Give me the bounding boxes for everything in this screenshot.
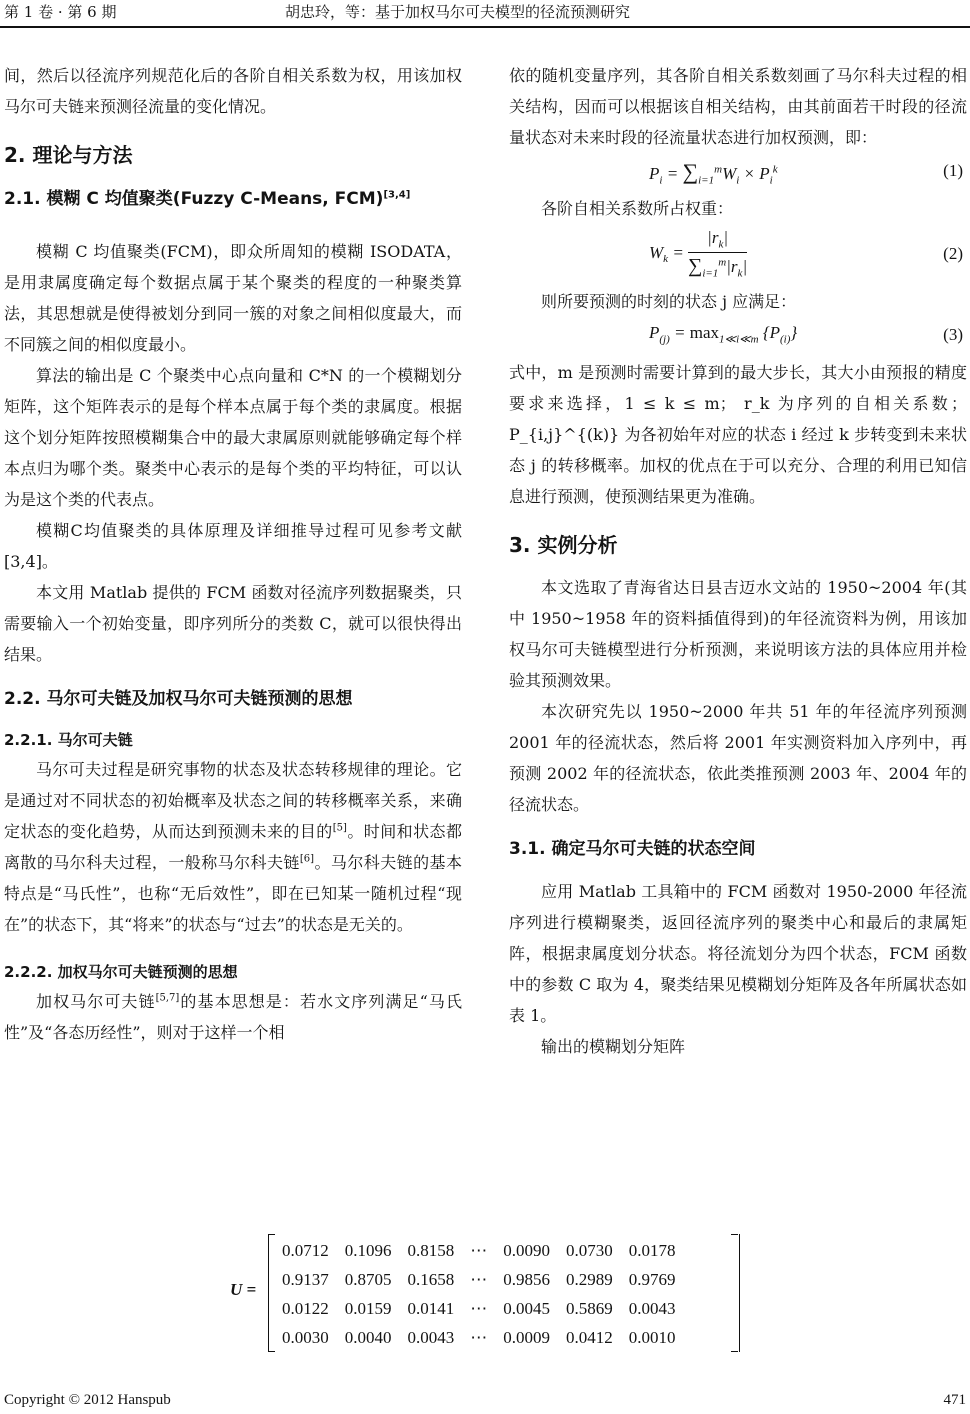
section-2-2-heading: 2.2. 马尔可夫链及加权马尔可夫链预测的思想 [4,684,462,714]
equation-2-body: Wk = |rk|∑i=1m|rk| [649,228,747,280]
matrix-cell: 0.0141 [400,1294,463,1323]
ellipsis: ⋯ [462,1236,495,1265]
matrix-cell: 0.9137 [274,1265,337,1294]
fcm-paragraph-1: 模糊 C 均值聚类(FCM)，即众所周知的模糊 ISODATA，是用隶属度确定每… [4,236,462,360]
bracket-corner [731,1234,738,1235]
citation: [5] [333,823,347,834]
matrix-row: 0.9137 0.8705 0.1658 ⋯ 0.9856 0.2989 0.9… [274,1265,684,1294]
section-2-heading: 2. 理论与方法 [4,140,462,170]
citation: [5,7] [156,993,180,1004]
running-title: 胡忠玲，等：基于加权马尔可夫模型的径流预测研究 [285,0,630,24]
matrix-cell: 0.0030 [274,1323,337,1352]
equation-3-label: (3) [943,325,963,345]
fcm-paragraph-4: 本文用 Matlab 提供的 FCM 函数对径流序列数据聚类，只需要输入一个初始… [4,577,462,670]
matrix-cell: 0.8158 [400,1236,463,1265]
equation-1-body: Pi = ∑i=1mWi × Pik [649,159,778,186]
left-column: 间，然后以径流序列规范化后的各阶自相关系数为权，用该加权马尔可夫链来预测径流量的… [4,60,462,1048]
explanation-paragraph: 式中，m 是预测时需要计算到的最大步长，其大小由预报的精度要求来选择，1 ≤ k… [509,357,967,512]
matrix-cell: 0.9856 [495,1265,558,1294]
matrix-cell: 0.8705 [337,1265,400,1294]
weighted-text-a: 加权马尔可夫链 [36,992,156,1011]
matrix-cell: 0.2989 [558,1265,621,1294]
bracket-corner [268,1234,275,1235]
matrix-cell: 0.0010 [621,1323,684,1352]
equation-2-label: (2) [943,244,963,264]
equation-3-body: P(j) = max1≪i≪m {P(i)} [649,323,797,345]
case-paragraph-1: 本文选取了青海省达日县吉迈水文站的 1950~2004 年(其中 1950~19… [509,572,967,696]
section-3-heading: 3. 实例分析 [509,530,967,560]
weights-intro: 各阶自相关系数所占权重： [509,193,967,224]
matrix-cell: 0.0412 [558,1323,621,1352]
equation-1: Pi = ∑i=1mWi × Pik (1) [509,153,967,193]
citation: [6] [300,854,314,865]
matrix-cell: 0.0122 [274,1294,337,1323]
continuation-paragraph: 依的随机变量序列，其各阶自相关系数刻画了马尔科夫过程的相关结构，因而可以根据该自… [509,60,967,153]
page-footer: Copyright © 2012 Hanspub 471 [0,1388,970,1414]
equation-1-label: (1) [943,161,963,181]
matrix-cell: 0.0090 [495,1236,558,1265]
equation-3: P(j) = max1≪i≪m {P(i)} (3) [509,317,967,357]
matrix-table: 0.0712 0.1096 0.8158 ⋯ 0.0090 0.0730 0.0… [274,1236,684,1352]
ellipsis: ⋯ [462,1323,495,1352]
matrix-row: 0.0712 0.1096 0.8158 ⋯ 0.0090 0.0730 0.0… [274,1236,684,1265]
ellipsis: ⋯ [462,1265,495,1294]
page-number: 471 [944,1392,967,1409]
section-2-2-2-heading: 2.2.2. 加权马尔可夫链预测的思想 [4,958,462,986]
state-space-paragraph: 应用 Matlab 工具箱中的 FCM 函数对 1950-2000 年径流序列进… [509,876,967,1031]
section-2-1-title: 2.1. 模糊 C 均值聚类(Fuzzy C-Means, FCM) [4,189,383,209]
weighted-markov-paragraph: 加权马尔可夫链[5,7]的基本思想是：若水文序列满足“马氏性”及“各态历经性”，… [4,986,462,1048]
matrix-label: U = [230,1280,256,1300]
matrix-cell: 0.0045 [495,1294,558,1323]
case-paragraph-2: 本次研究先以 1950~2000 年共 51 年的年径流序列预测 2001 年的… [509,696,967,820]
copyright: Copyright © 2012 Hanspub [4,1392,171,1409]
right-column: 依的随机变量序列，其各阶自相关系数刻画了马尔科夫过程的相关结构，因而可以根据该自… [509,60,967,1062]
matrix-cell: 0.1096 [337,1236,400,1265]
matrix-cell: 0.5869 [558,1294,621,1323]
matrix-row: 0.0122 0.0159 0.0141 ⋯ 0.0045 0.5869 0.0… [274,1294,684,1323]
page-header: 第 1 卷 · 第 6 期 胡忠玲，等：基于加权马尔可夫模型的径流预测研究 [0,0,970,28]
section-2-2-1-heading: 2.2.1. 马尔可夫链 [4,726,462,754]
intro-paragraph: 间，然后以径流序列规范化后的各阶自相关系数为权，用该加权马尔可夫链来预测径流量的… [4,60,462,122]
matrix-cell: 0.0712 [274,1236,337,1265]
matrix-cell: 0.9769 [621,1265,684,1294]
fuzzy-partition-matrix: U = 0.0712 0.1096 0.8158 ⋯ 0.0090 0.0730… [230,1232,750,1354]
matrix-cell: 0.0178 [621,1236,684,1265]
state-condition-intro: 则所要预测的时刻的状态 j 应满足： [509,286,967,317]
matrix-cell: 0.0009 [495,1323,558,1352]
matrix-cell: 0.1658 [400,1265,463,1294]
matrix-cell: 0.0040 [337,1323,400,1352]
journal-issue: 第 1 卷 · 第 6 期 [4,0,116,24]
equation-2: Wk = |rk|∑i=1m|rk| (2) [509,224,967,286]
section-3-1-heading: 3.1. 确定马尔可夫链的状态空间 [509,834,967,864]
matrix-intro: 输出的模糊划分矩阵 [509,1031,967,1062]
fcm-paragraph-2: 算法的输出是 C 个聚类中心点向量和 C*N 的一个模糊划分矩阵，这个矩阵表示的… [4,360,462,515]
matrix-cell: 0.0730 [558,1236,621,1265]
citation: [3,4] [383,189,410,200]
matrix-row: 0.0030 0.0040 0.0043 ⋯ 0.0009 0.0412 0.0… [274,1323,684,1352]
markov-paragraph: 马尔可夫过程是研究事物的状态及状态转移规律的理论。它是通过对不同状态的初始概率及… [4,754,462,940]
section-2-1-heading: 2.1. 模糊 C 均值聚类(Fuzzy C-Means, FCM)[3,4] [4,184,428,214]
matrix-cell: 0.0043 [621,1294,684,1323]
matrix-cell: 0.0159 [337,1294,400,1323]
matrix-cell: 0.0043 [400,1323,463,1352]
bracket-corner [731,1351,738,1352]
fcm-paragraph-3: 模糊C均值聚类的具体原理及详细推导过程可见参考文献[3,4]。 [4,515,462,577]
ellipsis: ⋯ [462,1294,495,1323]
